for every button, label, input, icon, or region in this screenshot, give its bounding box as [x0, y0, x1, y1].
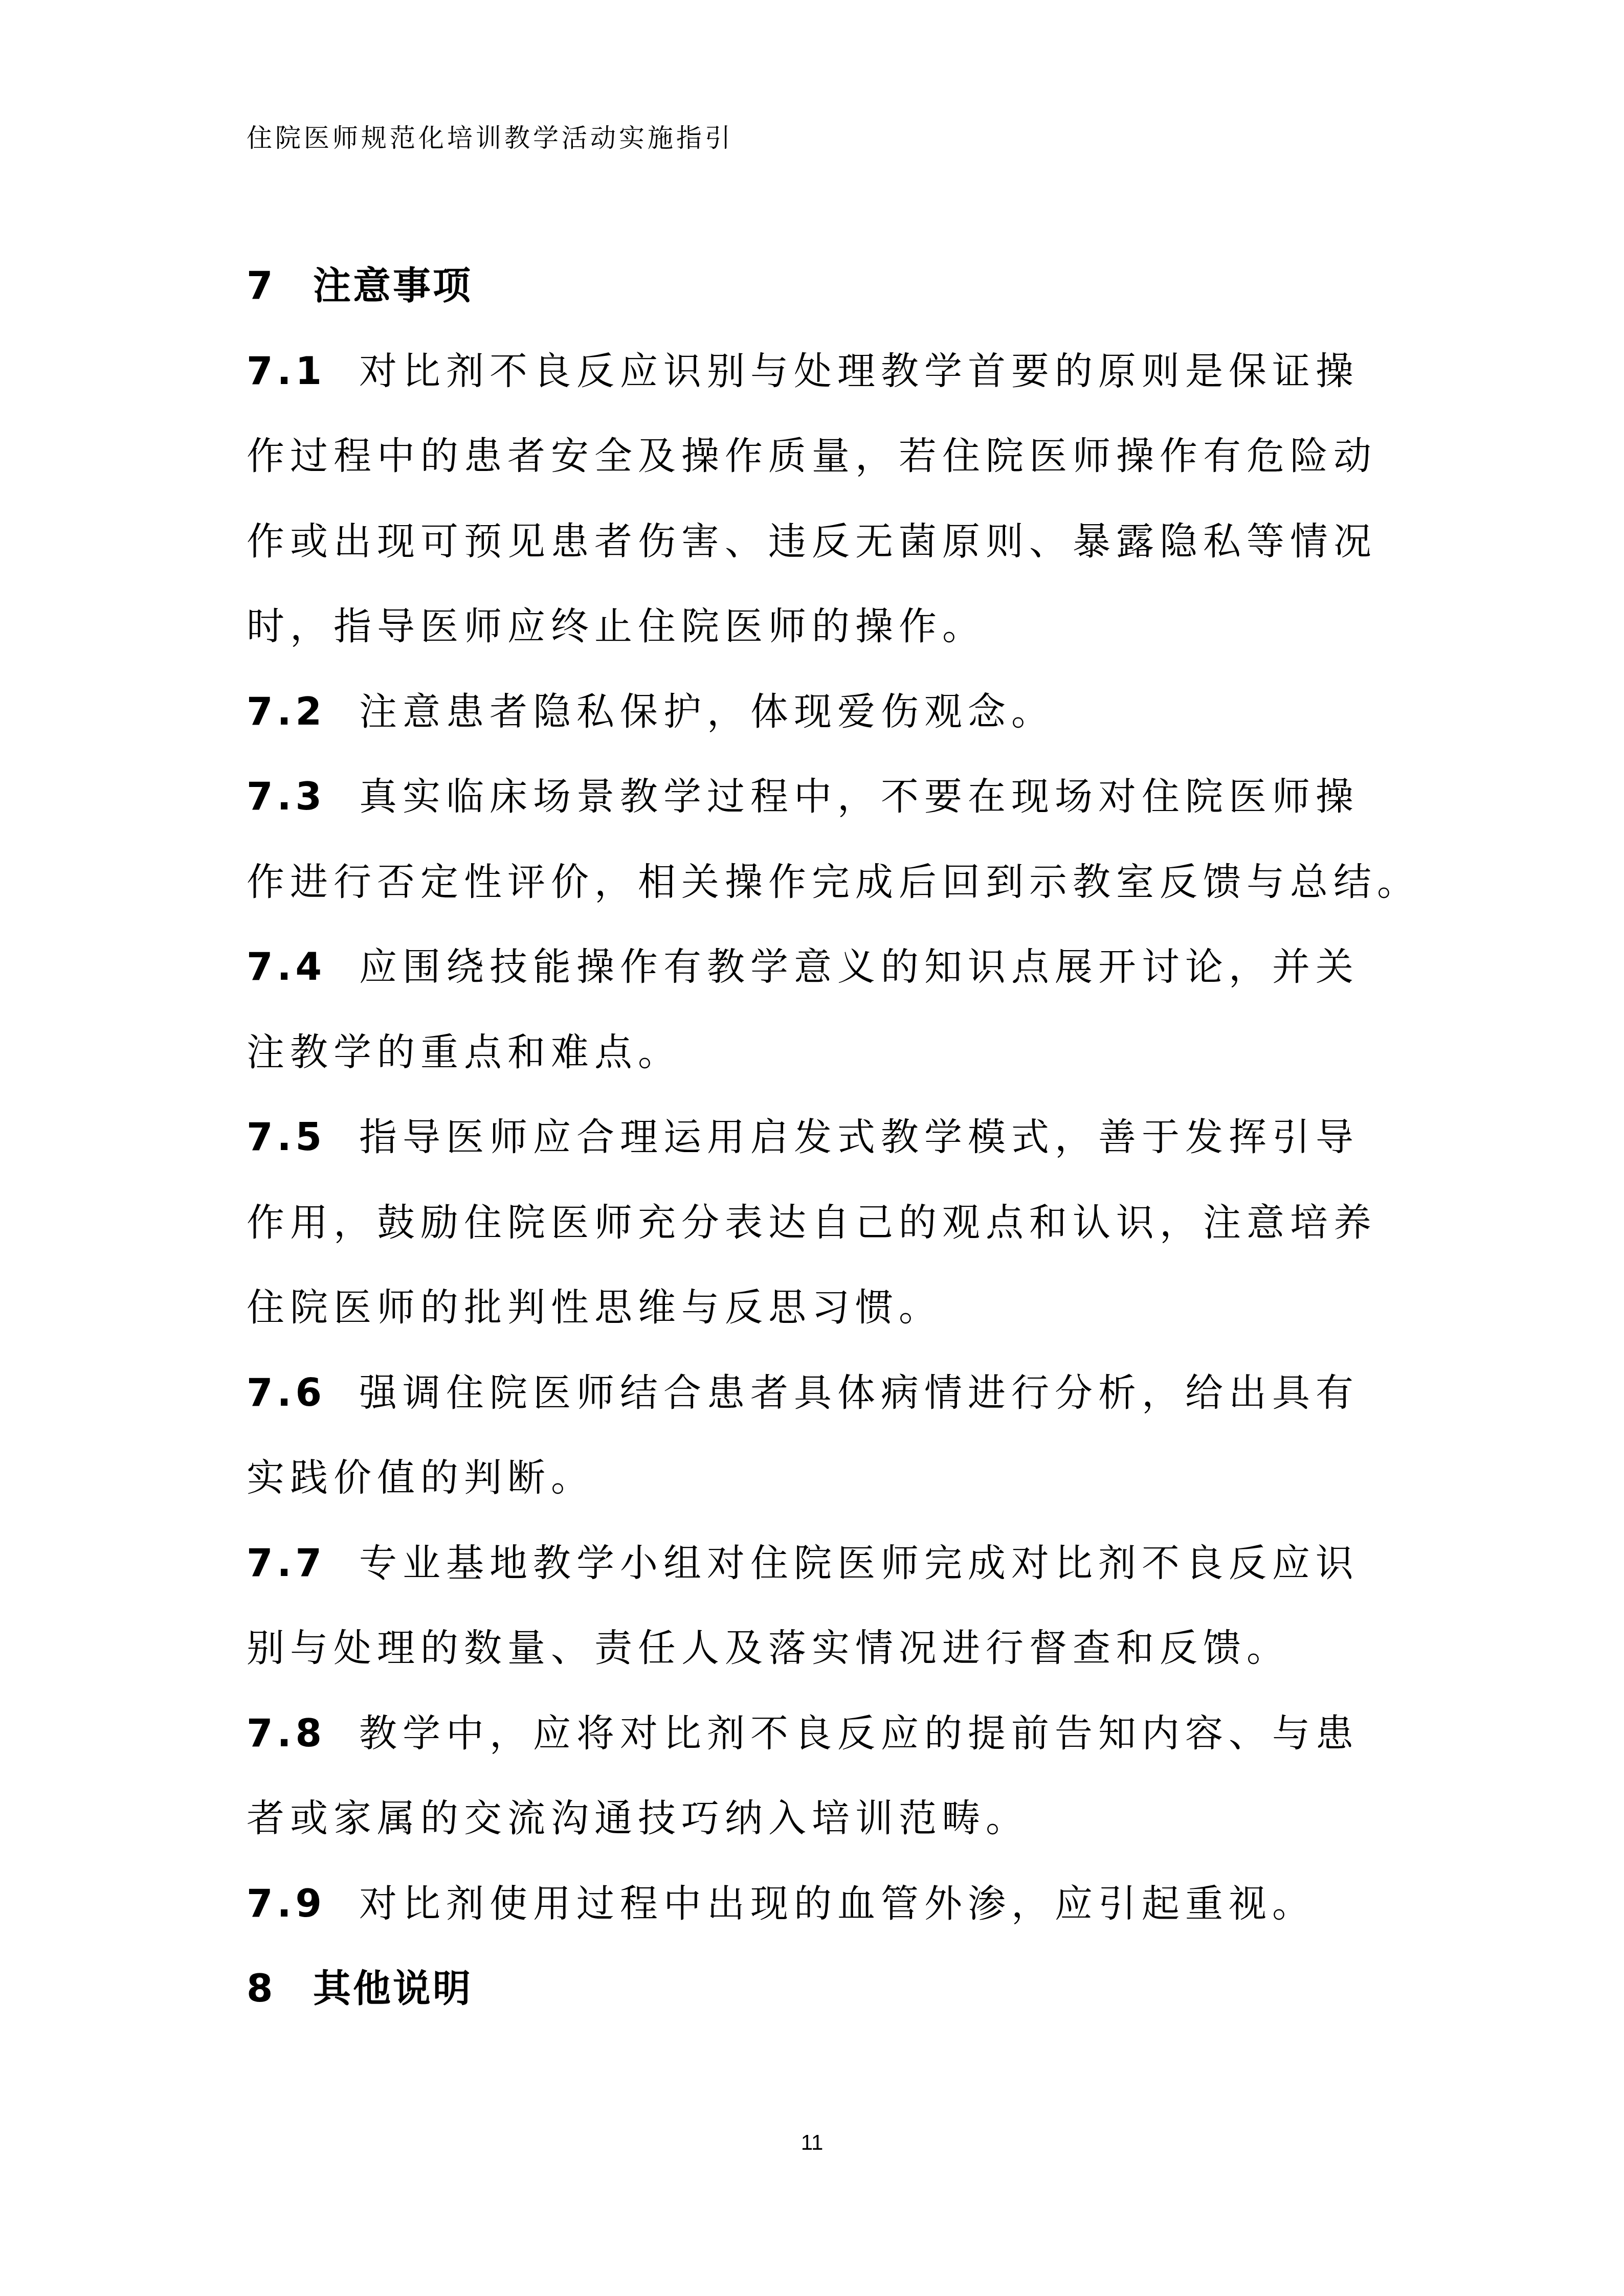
section-title: 其他说明 [313, 1967, 473, 2011]
item-7-3-line-2: 作进行否定性评价，相关操作完成后回到示教室反馈与总结。 [247, 840, 1403, 925]
item-7-4-line-1: 7.4应围绕技能操作有教学意义的知识点展开讨论，并关 [247, 925, 1403, 1010]
item-7-9-line-1: 7.9对比剂使用过程中出现的血管外渗，应引起重视。 [247, 1861, 1403, 1947]
page-number: 11 [0, 2127, 1624, 2158]
item-7-4-line-2: 注教学的重点和难点。 [247, 1010, 1403, 1095]
document-body: 7注意事项 7.1对比剂不良反应识别与处理教学首要的原则是保证操 作过程中的患者… [247, 243, 1403, 2032]
item-7-3-line-1: 7.3真实临床场景教学过程中，不要在现场对住院医师操 [247, 754, 1403, 840]
item-text: 对比剂使用过程中出现的血管外渗，应引起重视。 [359, 1882, 1316, 1926]
item-text: 教学中，应将对比剂不良反应的提前告知内容、与患 [359, 1712, 1359, 1755]
section-title: 注意事项 [313, 264, 473, 308]
item-7-8-line-2: 者或家属的交流沟通技巧纳入培训范畴。 [247, 1776, 1403, 1861]
item-7-1-line-3: 作或出现可预见患者伤害、违反无菌原则、暴露隐私等情况 [247, 499, 1403, 584]
item-number: 7.5 [247, 1095, 359, 1180]
item-text: 对比剂不良反应识别与处理教学首要的原则是保证操 [359, 349, 1359, 393]
item-text: 注意患者隐私保护，体现爱伤观念。 [359, 690, 1055, 734]
section-number: 8 [247, 1946, 313, 2032]
item-number: 7.9 [247, 1861, 359, 1947]
item-7-5-line-2: 作用，鼓励住院医师充分表达自己的观点和认识，注意培养 [247, 1180, 1403, 1266]
item-7-7-line-2: 别与处理的数量、责任人及落实情况进行督查和反馈。 [247, 1606, 1403, 1691]
section-number: 7 [247, 243, 313, 329]
section-heading-7: 7注意事项 [247, 243, 1403, 329]
item-text: 指导医师应合理运用启发式教学模式，善于发挥引导 [359, 1115, 1359, 1159]
running-header: 住院医师规范化培训教学活动实施指引 [247, 121, 733, 155]
item-text: 专业基地教学小组对住院医师完成对比剂不良反应识 [359, 1541, 1359, 1585]
item-7-1-line-2: 作过程中的患者安全及操作质量，若住院医师操作有危险动 [247, 414, 1403, 499]
item-number: 7.7 [247, 1521, 359, 1606]
item-7-6-line-1: 7.6强调住院医师结合患者具体病情进行分析，给出具有 [247, 1350, 1403, 1436]
item-7-6-line-2: 实践价值的判断。 [247, 1435, 1403, 1521]
item-number: 7.6 [247, 1350, 359, 1436]
item-number: 7.8 [247, 1691, 359, 1776]
item-text: 应围绕技能操作有教学意义的知识点展开讨论，并关 [359, 945, 1359, 989]
item-7-1-line-1: 7.1对比剂不良反应识别与处理教学首要的原则是保证操 [247, 329, 1403, 414]
item-7-5-line-3: 住院医师的批判性思维与反思习惯。 [247, 1265, 1403, 1350]
item-number: 7.3 [247, 754, 359, 840]
section-heading-8: 8其他说明 [247, 1946, 1403, 2032]
item-number: 7.2 [247, 669, 359, 755]
item-text: 强调住院医师结合患者具体病情进行分析，给出具有 [359, 1371, 1359, 1415]
item-7-1-line-4: 时，指导医师应终止住院医师的操作。 [247, 584, 1403, 669]
item-text: 真实临床场景教学过程中，不要在现场对住院医师操 [359, 775, 1359, 819]
item-7-7-line-1: 7.7专业基地教学小组对住院医师完成对比剂不良反应识 [247, 1521, 1403, 1606]
item-number: 7.4 [247, 925, 359, 1010]
item-7-5-line-1: 7.5指导医师应合理运用启发式教学模式，善于发挥引导 [247, 1095, 1403, 1180]
item-7-8-line-1: 7.8教学中，应将对比剂不良反应的提前告知内容、与患 [247, 1691, 1403, 1776]
item-7-2-line-1: 7.2注意患者隐私保护，体现爱伤观念。 [247, 669, 1403, 755]
item-number: 7.1 [247, 329, 359, 414]
